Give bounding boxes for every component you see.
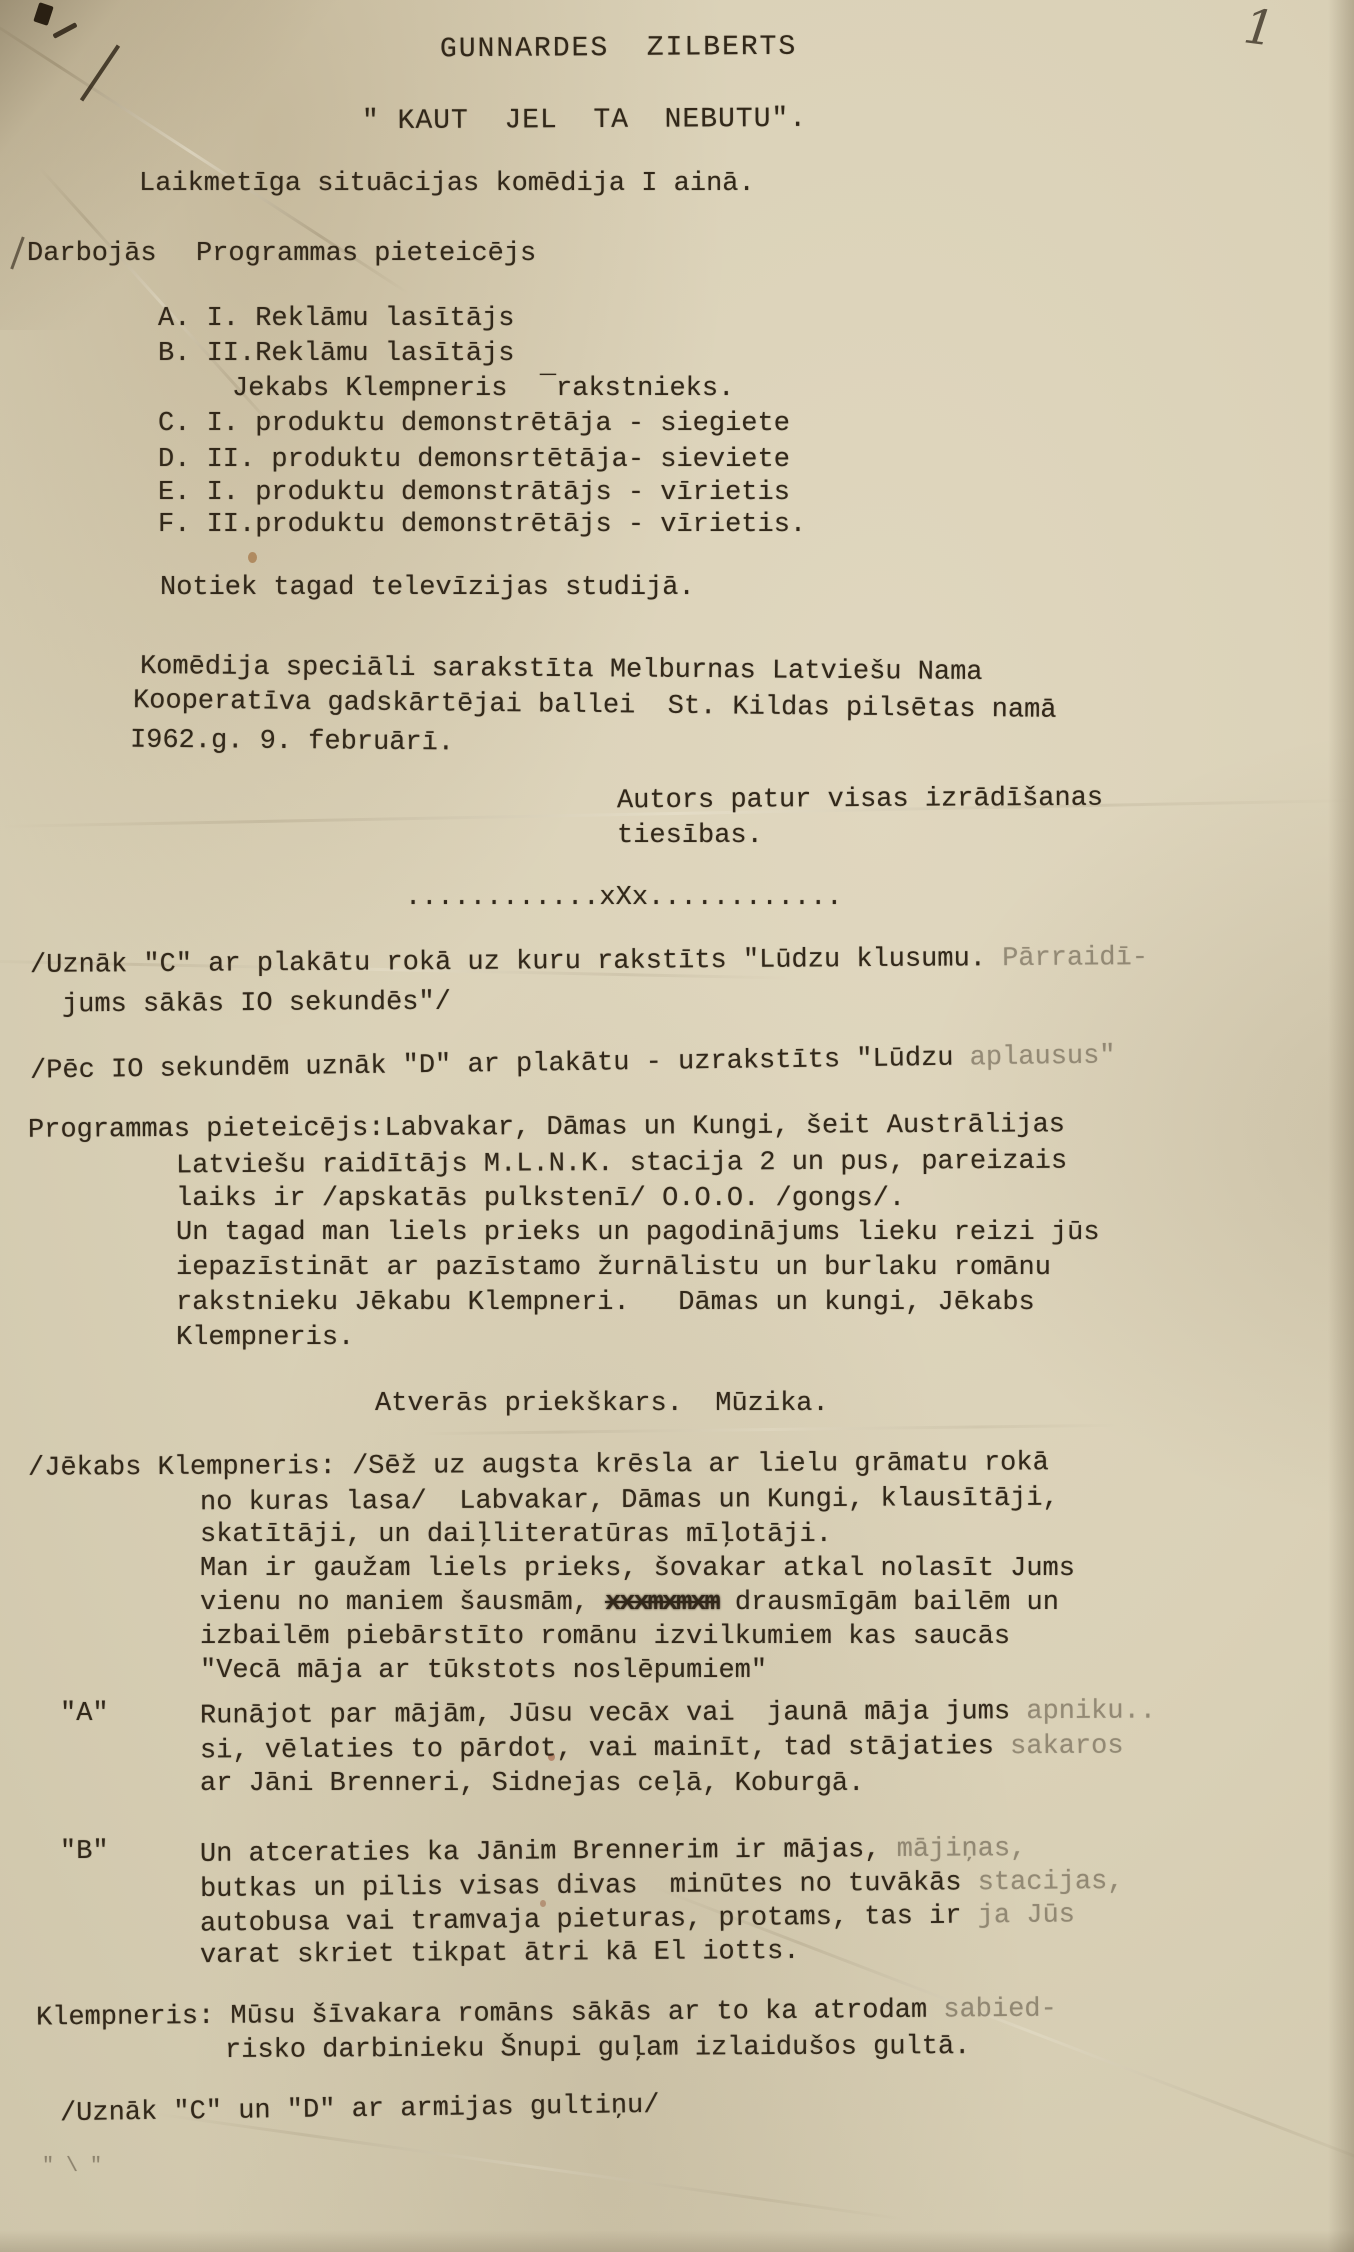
text-segment: vienu no maniem šausmām, xyxy=(200,1588,605,1618)
text-segment: mājiņas, xyxy=(897,1834,1027,1865)
text-line: Komēdija speciāli sarakstīta Melburnas L… xyxy=(140,653,983,687)
struck-out-word: xxxmxmxm xyxy=(605,1588,719,1618)
staple-mark xyxy=(33,2,53,26)
text-segment: autobusa vai tramvaja pieturas, protams,… xyxy=(200,1901,978,1939)
text-segment: B. II.Reklāmu lasītājs xyxy=(158,339,514,369)
text-segment: ar Jāni Brenneri, Sidnejas ceļā, Koburgā… xyxy=(200,1769,864,1799)
text-segment: ja Jūs xyxy=(978,1900,1076,1931)
speaker-b: "B" xyxy=(60,1838,109,1867)
text-line: A. I. Reklāmu lasītājs xyxy=(158,305,514,333)
text-segment: C. I. produktu demonstrētāja - siegiete xyxy=(158,409,790,439)
text-line: /Uznāk "C" un "D" ar armijas gultiņu/ xyxy=(60,2092,660,2129)
text-line: ............xXx............ xyxy=(405,884,842,912)
text-line: Un tagad man liels prieks un pagodinājum… xyxy=(176,1219,1100,1247)
text-segment: A. I. Reklāmu lasītājs xyxy=(158,304,514,334)
text-line: si, vēlaties to pārdot, vai mainīt, tad … xyxy=(200,1733,1124,1766)
text-line: no kuras lasa/ Labvakar, Dāmas un Kungi,… xyxy=(200,1485,1059,1518)
text-line: /Pēc IO sekundēm uznāk "D" ar plakātu - … xyxy=(30,1042,1116,1085)
text-segment: I962.g. 9. februārī. xyxy=(130,726,454,759)
text-segment: iepazīstināt ar pazīstamo žurnālistu un … xyxy=(176,1253,1051,1283)
text-line: Man ir gaužam liels prieks, šovakar atka… xyxy=(200,1555,1075,1583)
text-segment: sabied- xyxy=(943,1995,1057,2026)
text-segment: risko darbinieku Šnupi guļam izlaidušos … xyxy=(225,2032,970,2066)
text-segment: tiesības. xyxy=(617,821,763,851)
text-segment: Latviešu raidītājs M.L.N.K. stacija 2 un… xyxy=(176,1147,1067,1182)
text-segment: butkas un pilis visas divas minūtes no t… xyxy=(200,1868,978,1905)
paper-crease xyxy=(153,2112,906,2221)
text-line: tiesības. xyxy=(617,822,763,850)
text-line: "Vecā māja ar tūkstots noslēpumiem" xyxy=(200,1657,767,1685)
faint-mark: " \ " xyxy=(42,2156,102,2177)
text-segment: Kooperatīva gadskārtējai ballei St. Kild… xyxy=(133,686,1057,726)
text-segment: izbailēm piebārstīto romānu izvilkumiem … xyxy=(200,1622,1010,1652)
paper-crease xyxy=(1345,0,1354,327)
text-line: ar Jāni Brenneri, Sidnejas ceļā, Koburgā… xyxy=(200,1770,864,1798)
text-segment: laiks ir /apskatās pulkstenī/ O.O.O. /go… xyxy=(176,1184,905,1214)
text-segment: GUNNARDES ZILBERTS xyxy=(440,32,797,65)
text-line: Runājot par mājām, Jūsu vecāx vai jaunā … xyxy=(200,1697,1156,1730)
text-segment: Un atceraties ka Jānim Brennerim ir māja… xyxy=(200,1835,897,1870)
text-segment: Laikmetīga situācijas komēdija I ainā. xyxy=(139,169,755,199)
text-segment: Programmas pieteicējs:Labvakar, Dāmas un… xyxy=(28,1110,1065,1145)
corner-fold xyxy=(0,0,360,330)
text-segment: si, vēlaties to pārdot, vai mainīt, tad … xyxy=(200,1732,1010,1766)
text-segment: "B" xyxy=(60,1837,109,1867)
title-line: GUNNARDES ZILBERTS xyxy=(440,33,797,65)
speaker-a: "A" xyxy=(60,1700,109,1728)
text-segment: /Uznāk "C" un "D" ar armijas gultiņu/ xyxy=(60,2091,660,2129)
text-segment: aplausus" xyxy=(970,1041,1116,1073)
text-segment: Atverās priekškars. Mūzika. xyxy=(375,1389,829,1419)
staple-mark xyxy=(52,22,77,39)
text-line: C. I. produktu demonstrētāja - siegiete xyxy=(158,410,790,438)
text-line: Programmas pieteicējs xyxy=(196,240,536,268)
document-page: 1 GUNNARDES ZILBERTS" KAUT JEL TA NEBUTU… xyxy=(0,0,1354,2252)
text-line: B. II.Reklāmu lasītājs xyxy=(158,340,514,368)
text-line: iepazīstināt ar pazīstamo žurnālistu un … xyxy=(176,1254,1051,1282)
text-line: butkas un pilis visas divas minūtes no t… xyxy=(200,1868,1124,1904)
text-segment: F. II.produktu demonstrētājs - vīrietis. xyxy=(158,510,806,540)
text-segment: D. II. produktu demonsrtētāja- sieviete xyxy=(158,445,790,475)
text-line: Atverās priekškars. Mūzika. xyxy=(375,1390,829,1418)
text-line: E. I. produktu demonstrātājs - vīrietis xyxy=(158,479,790,507)
text-line: Klempneris. xyxy=(176,1324,354,1352)
text-segment: /Uznāk "C" ar plakātu rokā uz kuru rakst… xyxy=(30,944,1002,981)
text-segment: " KAUT JEL TA NEBUTU". xyxy=(362,104,807,137)
paper-edge-shadow xyxy=(1328,0,1354,2252)
text-segment: rakstnieku Jēkabu Klempneri. Dāmas un ku… xyxy=(176,1288,1035,1318)
text-segment: Darbojās xyxy=(27,239,157,269)
text-segment: no kuras lasa/ Labvakar, Dāmas un Kungi,… xyxy=(200,1484,1059,1518)
text-segment: drausmīgām bailēm un xyxy=(719,1588,1059,1618)
text-line: I962.g. 9. februārī. xyxy=(130,727,454,758)
text-segment: skatītāji, un daiļliteratūras mīļotāji. xyxy=(200,1520,832,1550)
text-line: Klempneris: Mūsu šīvakara romāns sākās a… xyxy=(36,1996,1057,2033)
text-segment: varat skriet tikpat ātri kā El iotts. xyxy=(200,1937,800,1971)
text-segment: "A" xyxy=(60,1699,109,1729)
text-line: D. II. produktu demonsrtētāja- sieviete xyxy=(158,446,790,474)
paper-crease xyxy=(420,1424,1120,1436)
rust-spot xyxy=(248,552,257,563)
text-line: rakstnieku Jēkabu Klempneri. Dāmas un ku… xyxy=(176,1289,1035,1317)
text-segment: Pārraidī- xyxy=(1002,943,1148,974)
text-segment: Runājot par mājām, Jūsu vecāx vai jaunā … xyxy=(200,1697,1026,1731)
text-segment: Man ir gaužam liels prieks, šovakar atka… xyxy=(200,1554,1075,1584)
text-line: vienu no maniem šausmām, xxxmxmxm drausm… xyxy=(200,1589,1059,1617)
text-segment: Komēdija speciāli sarakstīta Melburnas L… xyxy=(140,652,983,688)
text-line: skatītāji, un daiļliteratūras mīļotāji. xyxy=(200,1521,832,1549)
text-line: Jekabs Klempneris ¯rakstnieks. xyxy=(232,375,734,403)
text-line: /Jēkabs Klempneris: /Sēž uz augsta krēsl… xyxy=(28,1449,1049,1483)
text-line: izbailēm piebārstīto romānu izvilkumiem … xyxy=(200,1623,1010,1651)
tear-mark xyxy=(80,45,120,102)
text-segment: " \ " xyxy=(42,2155,102,2178)
text-segment: E. I. produktu demonstrātājs - vīrietis xyxy=(158,478,790,508)
page-number: 1 xyxy=(1241,0,1278,58)
text-line: F. II.produktu demonstrētājs - vīrietis. xyxy=(158,511,806,539)
text-segment: Klempneris. xyxy=(176,1323,354,1353)
text-line: Notiek tagad televīzijas studijā. xyxy=(160,574,695,602)
text-segment: Un tagad man liels prieks un pagodinājum… xyxy=(176,1218,1100,1248)
text-segment: jums sākās IO sekundēs"/ xyxy=(62,988,451,1021)
text-segment: Jekabs Klempneris ¯rakstnieks. xyxy=(232,374,734,404)
text-segment: "Vecā māja ar tūkstots noslēpumiem" xyxy=(200,1656,767,1686)
subtitle-line: " KAUT JEL TA NEBUTU". xyxy=(362,105,807,137)
text-line: risko darbinieku Šnupi guļam izlaidušos … xyxy=(225,2033,970,2065)
text-segment: Klempneris: Mūsu šīvakara romāns sākās a… xyxy=(36,1996,944,2034)
text-segment: /Jēkabs Klempneris: /Sēž uz augsta krēsl… xyxy=(28,1448,1049,1483)
text-segment: Notiek tagad televīzijas studijā. xyxy=(160,573,695,603)
text-line: Latviešu raidītājs M.L.N.K. stacija 2 un… xyxy=(176,1148,1067,1181)
text-segment: sakaros xyxy=(1010,1732,1124,1763)
text-segment: ............xXx............ xyxy=(405,883,842,913)
text-line: Programmas pieteicējs:Labvakar, Dāmas un… xyxy=(28,1111,1065,1145)
text-segment: Autors patur visas izrādīšanas xyxy=(617,784,1103,817)
text-line: varat skriet tikpat ātri kā El iotts. xyxy=(200,1938,800,1971)
text-line: Autors patur visas izrādīšanas xyxy=(617,785,1103,816)
text-segment: Programmas pieteicējs xyxy=(196,239,536,269)
text-line: /Uznāk "C" ar plakātu rokā uz kuru rakst… xyxy=(30,944,1148,980)
text-line: autobusa vai tramvaja pieturas, protams,… xyxy=(200,1901,1075,1939)
text-segment: stacijas, xyxy=(978,1867,1124,1898)
text-segment: apniku.. xyxy=(1026,1696,1156,1727)
text-line: Un atceraties ka Jānim Brennerim ir māja… xyxy=(200,1835,1027,1869)
paper-edge-shadow xyxy=(0,2230,1354,2252)
text-segment: /Pēc IO sekundēm uznāk "D" ar plakātu - … xyxy=(30,1043,970,1086)
text-line: Kooperatīva gadskārtējai ballei St. Kild… xyxy=(133,687,1057,725)
text-line: jums sākās IO sekundēs"/ xyxy=(62,989,451,1020)
tear-mark xyxy=(10,237,24,270)
genre-line: Laikmetīga situācijas komēdija I ainā. xyxy=(139,170,755,198)
text-line: laiks ir /apskatās pulkstenī/ O.O.O. /go… xyxy=(176,1185,905,1213)
cast-heading: Darbojās xyxy=(27,240,157,268)
